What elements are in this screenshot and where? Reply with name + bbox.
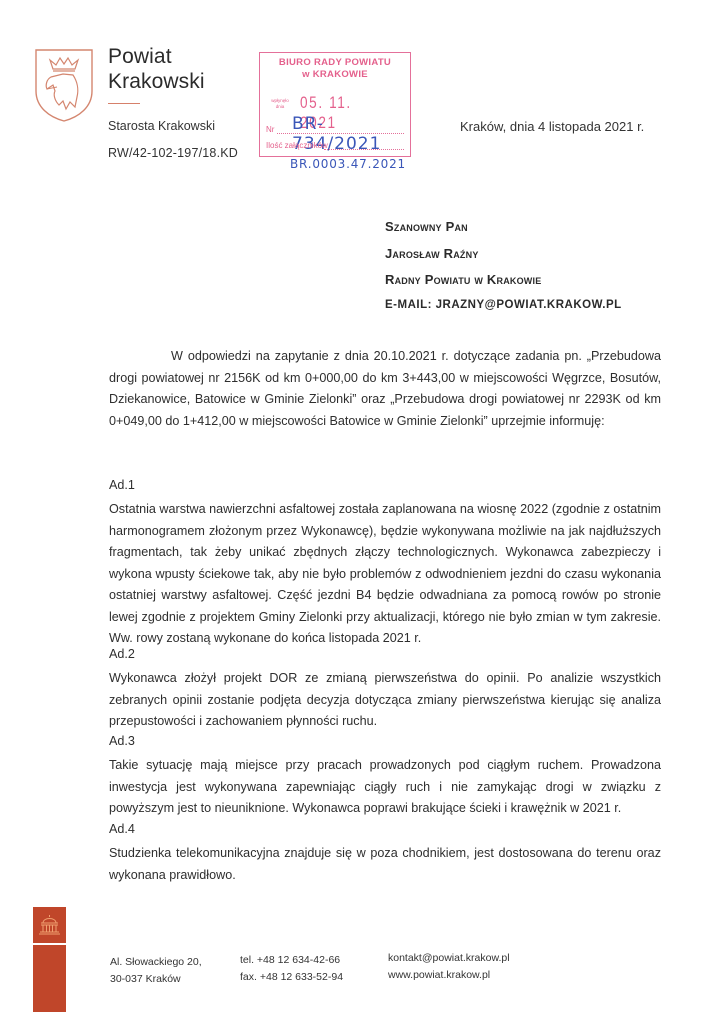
stamp-attachments-label: Ilość załączników	[266, 141, 328, 150]
coat-of-arms-icon	[33, 47, 95, 123]
footer-address: Al. Słowackiego 20, 30-037 Kraków	[110, 954, 202, 988]
brand-line-1: Powiat	[108, 44, 205, 69]
footer-tel: tel. +48 12 634-42-66	[240, 952, 343, 969]
footer-email-link[interactable]: kontakt@powiat.krakow.pl	[388, 950, 510, 967]
section-heading-ad4: Ad.4	[109, 822, 135, 836]
section-text-ad1: Ostatnia warstwa nawierzchni asfaltowej …	[109, 499, 661, 650]
addressee-email: E-MAIL: JRAZNY@POWIAT.KRAKOW.PL	[385, 299, 622, 311]
intro-paragraph: W odpowiedzi na zapytanie z dnia 20.10.2…	[109, 346, 661, 432]
section-text-ad4: Studzienka telekomunikacyjna znajduje si…	[109, 843, 661, 886]
place-and-date: Kraków, dnia 4 listopada 2021 r.	[460, 119, 644, 134]
footer-fax: fax. +48 12 633-52-94	[240, 969, 343, 986]
addressee-role: Radny Powiatu w Krakowie	[385, 272, 541, 287]
footer-accent-bar-bottom	[33, 945, 66, 1012]
section-text-ad3: Takie sytuację mają miejsce przy pracach…	[109, 755, 661, 820]
footer-address-line-2: 30-037 Kraków	[110, 971, 202, 988]
stamp-nr-label: Nr	[266, 125, 274, 134]
building-icon	[38, 911, 61, 937]
handwritten-reference: BR.0003.47.2021	[290, 157, 406, 171]
brand-name: Powiat Krakowski	[108, 44, 205, 94]
reference-number: RW/42-102-197/18.KD	[108, 146, 238, 160]
stamp-heading: BIURO RADY POWIATU w KRAKOWIE	[260, 57, 410, 81]
section-heading-ad2: Ad.2	[109, 647, 135, 661]
office-name: Starosta Krakowski	[108, 119, 215, 133]
footer-phones: tel. +48 12 634-42-66 fax. +48 12 633-52…	[240, 952, 343, 986]
section-heading-ad1: Ad.1	[109, 478, 135, 492]
stamp-attachments-line	[324, 149, 404, 150]
stamp-received-label: wpłynęło dnia	[268, 98, 292, 110]
footer-address-line-1: Al. Słowackiego 20,	[110, 954, 202, 971]
section-text-ad2: Wykonawca złożył projekt DOR ze zmianą p…	[109, 668, 661, 733]
registry-stamp: BIURO RADY POWIATU w KRAKOWIE wpłynęło d…	[259, 52, 411, 157]
section-heading-ad3: Ad.3	[109, 734, 135, 748]
addressee-name: Jarosław Raźny	[385, 246, 479, 261]
stamp-line-1: BIURO RADY POWIATU	[260, 57, 410, 69]
addressee-salutation: Szanowny Pan	[385, 219, 468, 234]
footer-website-link[interactable]: www.powiat.krakow.pl	[388, 967, 510, 984]
brand-divider	[108, 103, 140, 104]
footer-contact: kontakt@powiat.krakow.pl www.powiat.krak…	[388, 950, 510, 984]
brand-line-2: Krakowski	[108, 69, 205, 94]
stamp-line-2: w KRAKOWIE	[260, 69, 410, 81]
